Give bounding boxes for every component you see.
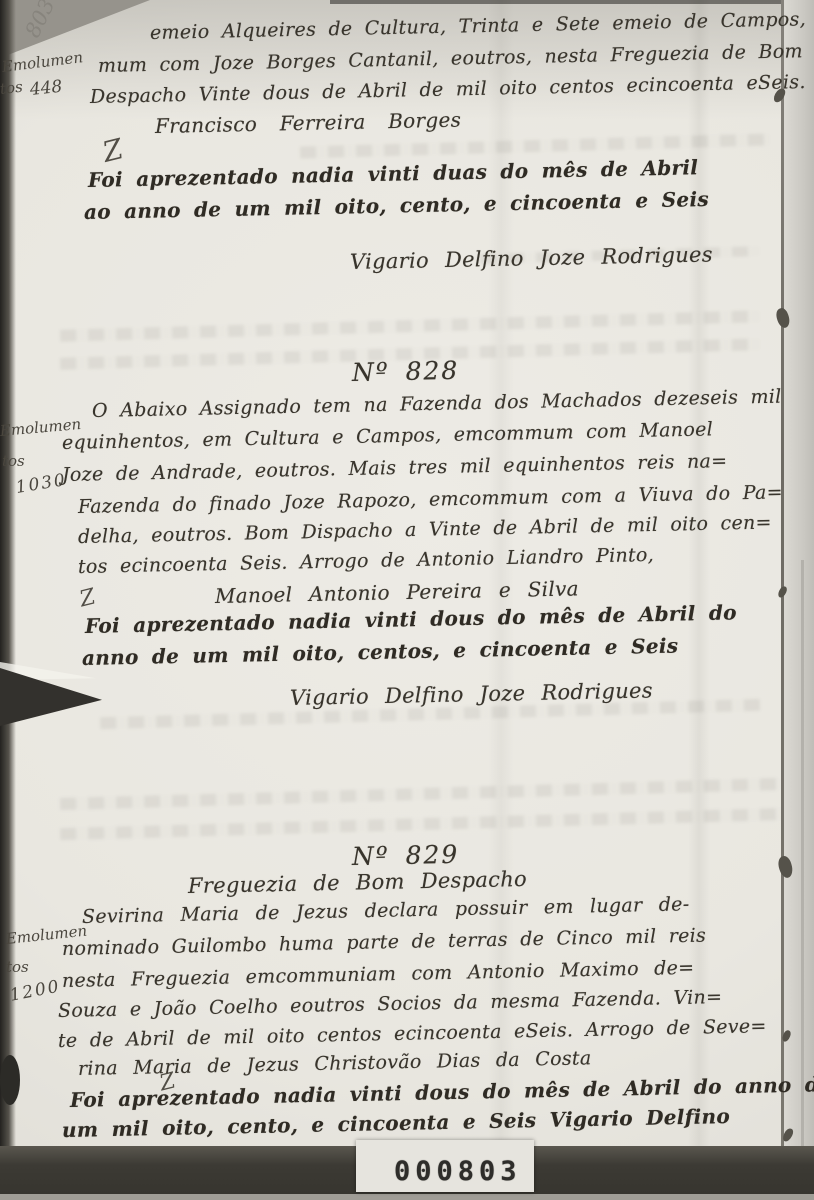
spine-mark xyxy=(0,1055,20,1105)
scanned-manuscript-page: 000803 803 Emolumen tos 448 Emolumen tos… xyxy=(0,0,814,1200)
record-828-number: Nº 828 xyxy=(352,356,460,387)
archive-number-stamp: 000803 xyxy=(394,1156,522,1187)
margin-emolument-amount: 448 xyxy=(29,77,63,100)
margin-emolument-word: tos xyxy=(6,958,29,976)
scan-edge-strip xyxy=(0,1194,814,1200)
margin-emolument-word: tos xyxy=(0,78,24,98)
top-edge-shadow xyxy=(330,0,798,4)
book-spine-shadow xyxy=(0,0,16,1200)
page-edge xyxy=(784,0,814,1200)
page-edge-streak xyxy=(801,560,804,1150)
margin-emolument-word: tos xyxy=(2,452,25,470)
record-829-number: Nº 829 xyxy=(352,840,460,871)
